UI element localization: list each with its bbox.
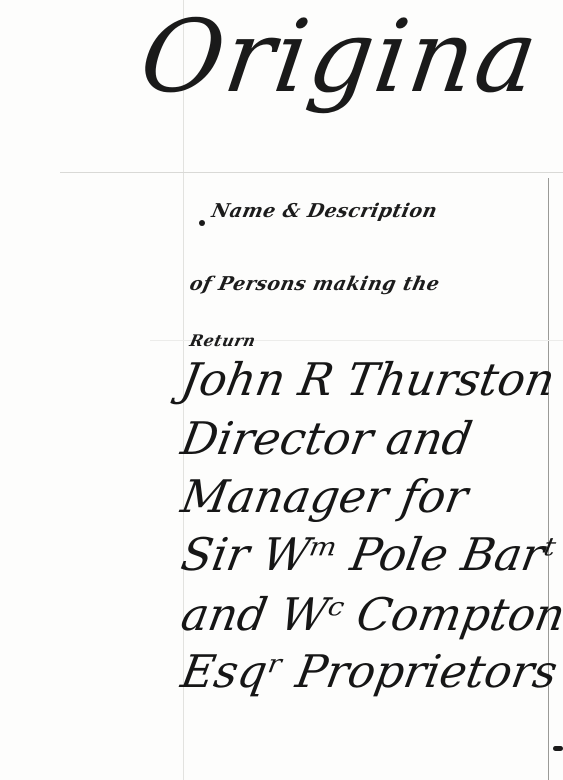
entry-line-proprietor-3: Esqʳ Proprietors bbox=[177, 645, 561, 698]
bullet-mark bbox=[199, 220, 205, 226]
entry-line-name: John R Thurston bbox=[177, 353, 559, 406]
ink-mark bbox=[553, 746, 563, 751]
entry-line-role-1: Director and bbox=[177, 412, 476, 465]
entry-line-proprietor-2: and Wᶜ Compton bbox=[177, 588, 563, 641]
column-header-line-3: Return bbox=[188, 331, 258, 350]
entry-line-proprietor-1: Sir Wᵐ Pole Barᵗ bbox=[177, 528, 559, 581]
scanned-document-page: Origina Name & Description of Persons ma… bbox=[0, 0, 563, 780]
column-header-line-1: Name & Description bbox=[210, 200, 440, 222]
entry-line-role-2: Manager for bbox=[177, 470, 472, 523]
column-header-line-2: of Persons making the bbox=[188, 273, 442, 295]
title-underline-rule bbox=[60, 172, 563, 173]
document-title: Origina bbox=[134, 0, 546, 115]
